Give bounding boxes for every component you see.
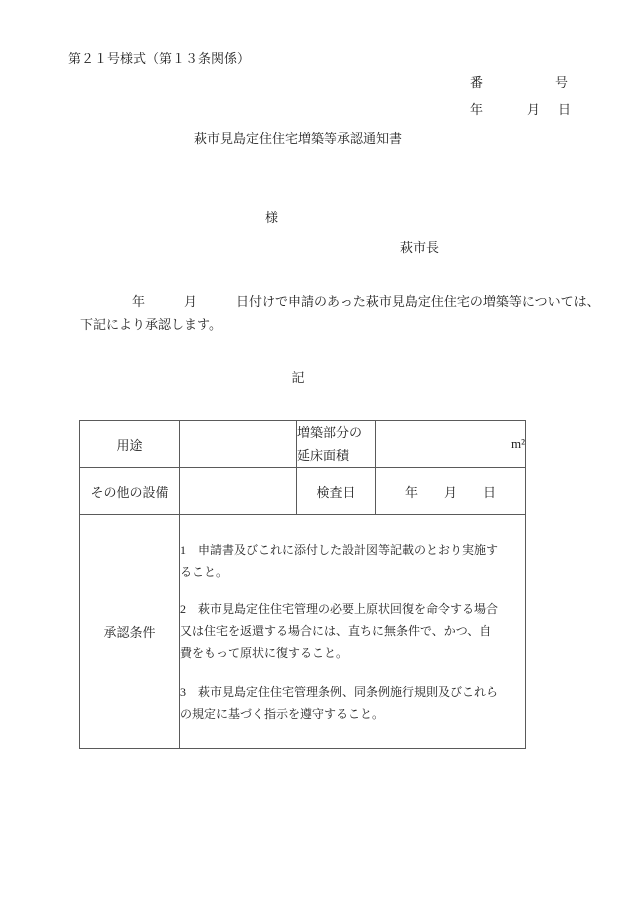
header-date-year: 年 (470, 100, 483, 120)
condition-item-3: 3 萩市見島定住住宅管理条例、同条例施行規則及びこれら の規定に基づく指示を遵守… (180, 681, 525, 725)
extension-area-unit-cell: m² (376, 421, 526, 468)
table-row-usage: 用途 増築部分の 延床面積 m² (80, 421, 526, 468)
approval-conditions-body-cell: 1 申請書及びこれに添付した設計図等記載のとおり実施す ること。 2 萩市見島定… (180, 515, 526, 749)
body-paragraph: 年 月 日付けで申請のあった萩市見島定住住宅の増築等については、 下記により承認… (80, 290, 610, 336)
record-marker: 記 (0, 368, 596, 388)
approval-table: 用途 増築部分の 延床面積 m² その他の設備 検査日 年 月 日 承認条件 1… (79, 420, 526, 749)
document-title: 萩市見島定住住宅増築等承認通知書 (0, 129, 596, 149)
addressee-honorific: 様 (265, 208, 278, 228)
header-date-month: 月 (527, 100, 540, 120)
header-date-day: 日 (558, 100, 571, 120)
condition-item-1: 1 申請書及びこれに添付した設計図等記載のとおり実施す ること。 (180, 539, 525, 583)
document-page: 第２１号様式（第１３条関係） 番 号 年 月 日 萩市見島定住住宅増築等承認通知… (0, 0, 630, 903)
sender-name: 萩市長 (400, 238, 439, 258)
doc-number-unit: 号 (555, 73, 568, 93)
extension-area-label-cell: 増築部分の 延床面積 (297, 421, 376, 468)
form-number: 第２１号様式（第１３条関係） (68, 49, 250, 69)
usage-value-cell (180, 421, 297, 468)
other-equipment-value-cell (180, 468, 297, 515)
usage-label-cell: 用途 (80, 421, 180, 468)
condition-item-2: 2 萩市見島定住住宅管理の必要上原状回復を命令する場合 又は住宅を返還する場合に… (180, 598, 525, 664)
approval-conditions-label-cell: 承認条件 (80, 515, 180, 749)
other-equipment-label-cell: その他の設備 (80, 468, 180, 515)
inspection-date-label-cell: 検査日 (297, 468, 376, 515)
inspection-date-value-cell: 年 月 日 (376, 468, 526, 515)
doc-number-label: 番 (470, 73, 483, 93)
table-row-other-equipment: その他の設備 検査日 年 月 日 (80, 468, 526, 515)
table-row-approval-conditions: 承認条件 1 申請書及びこれに添付した設計図等記載のとおり実施す ること。 2 … (80, 515, 526, 749)
